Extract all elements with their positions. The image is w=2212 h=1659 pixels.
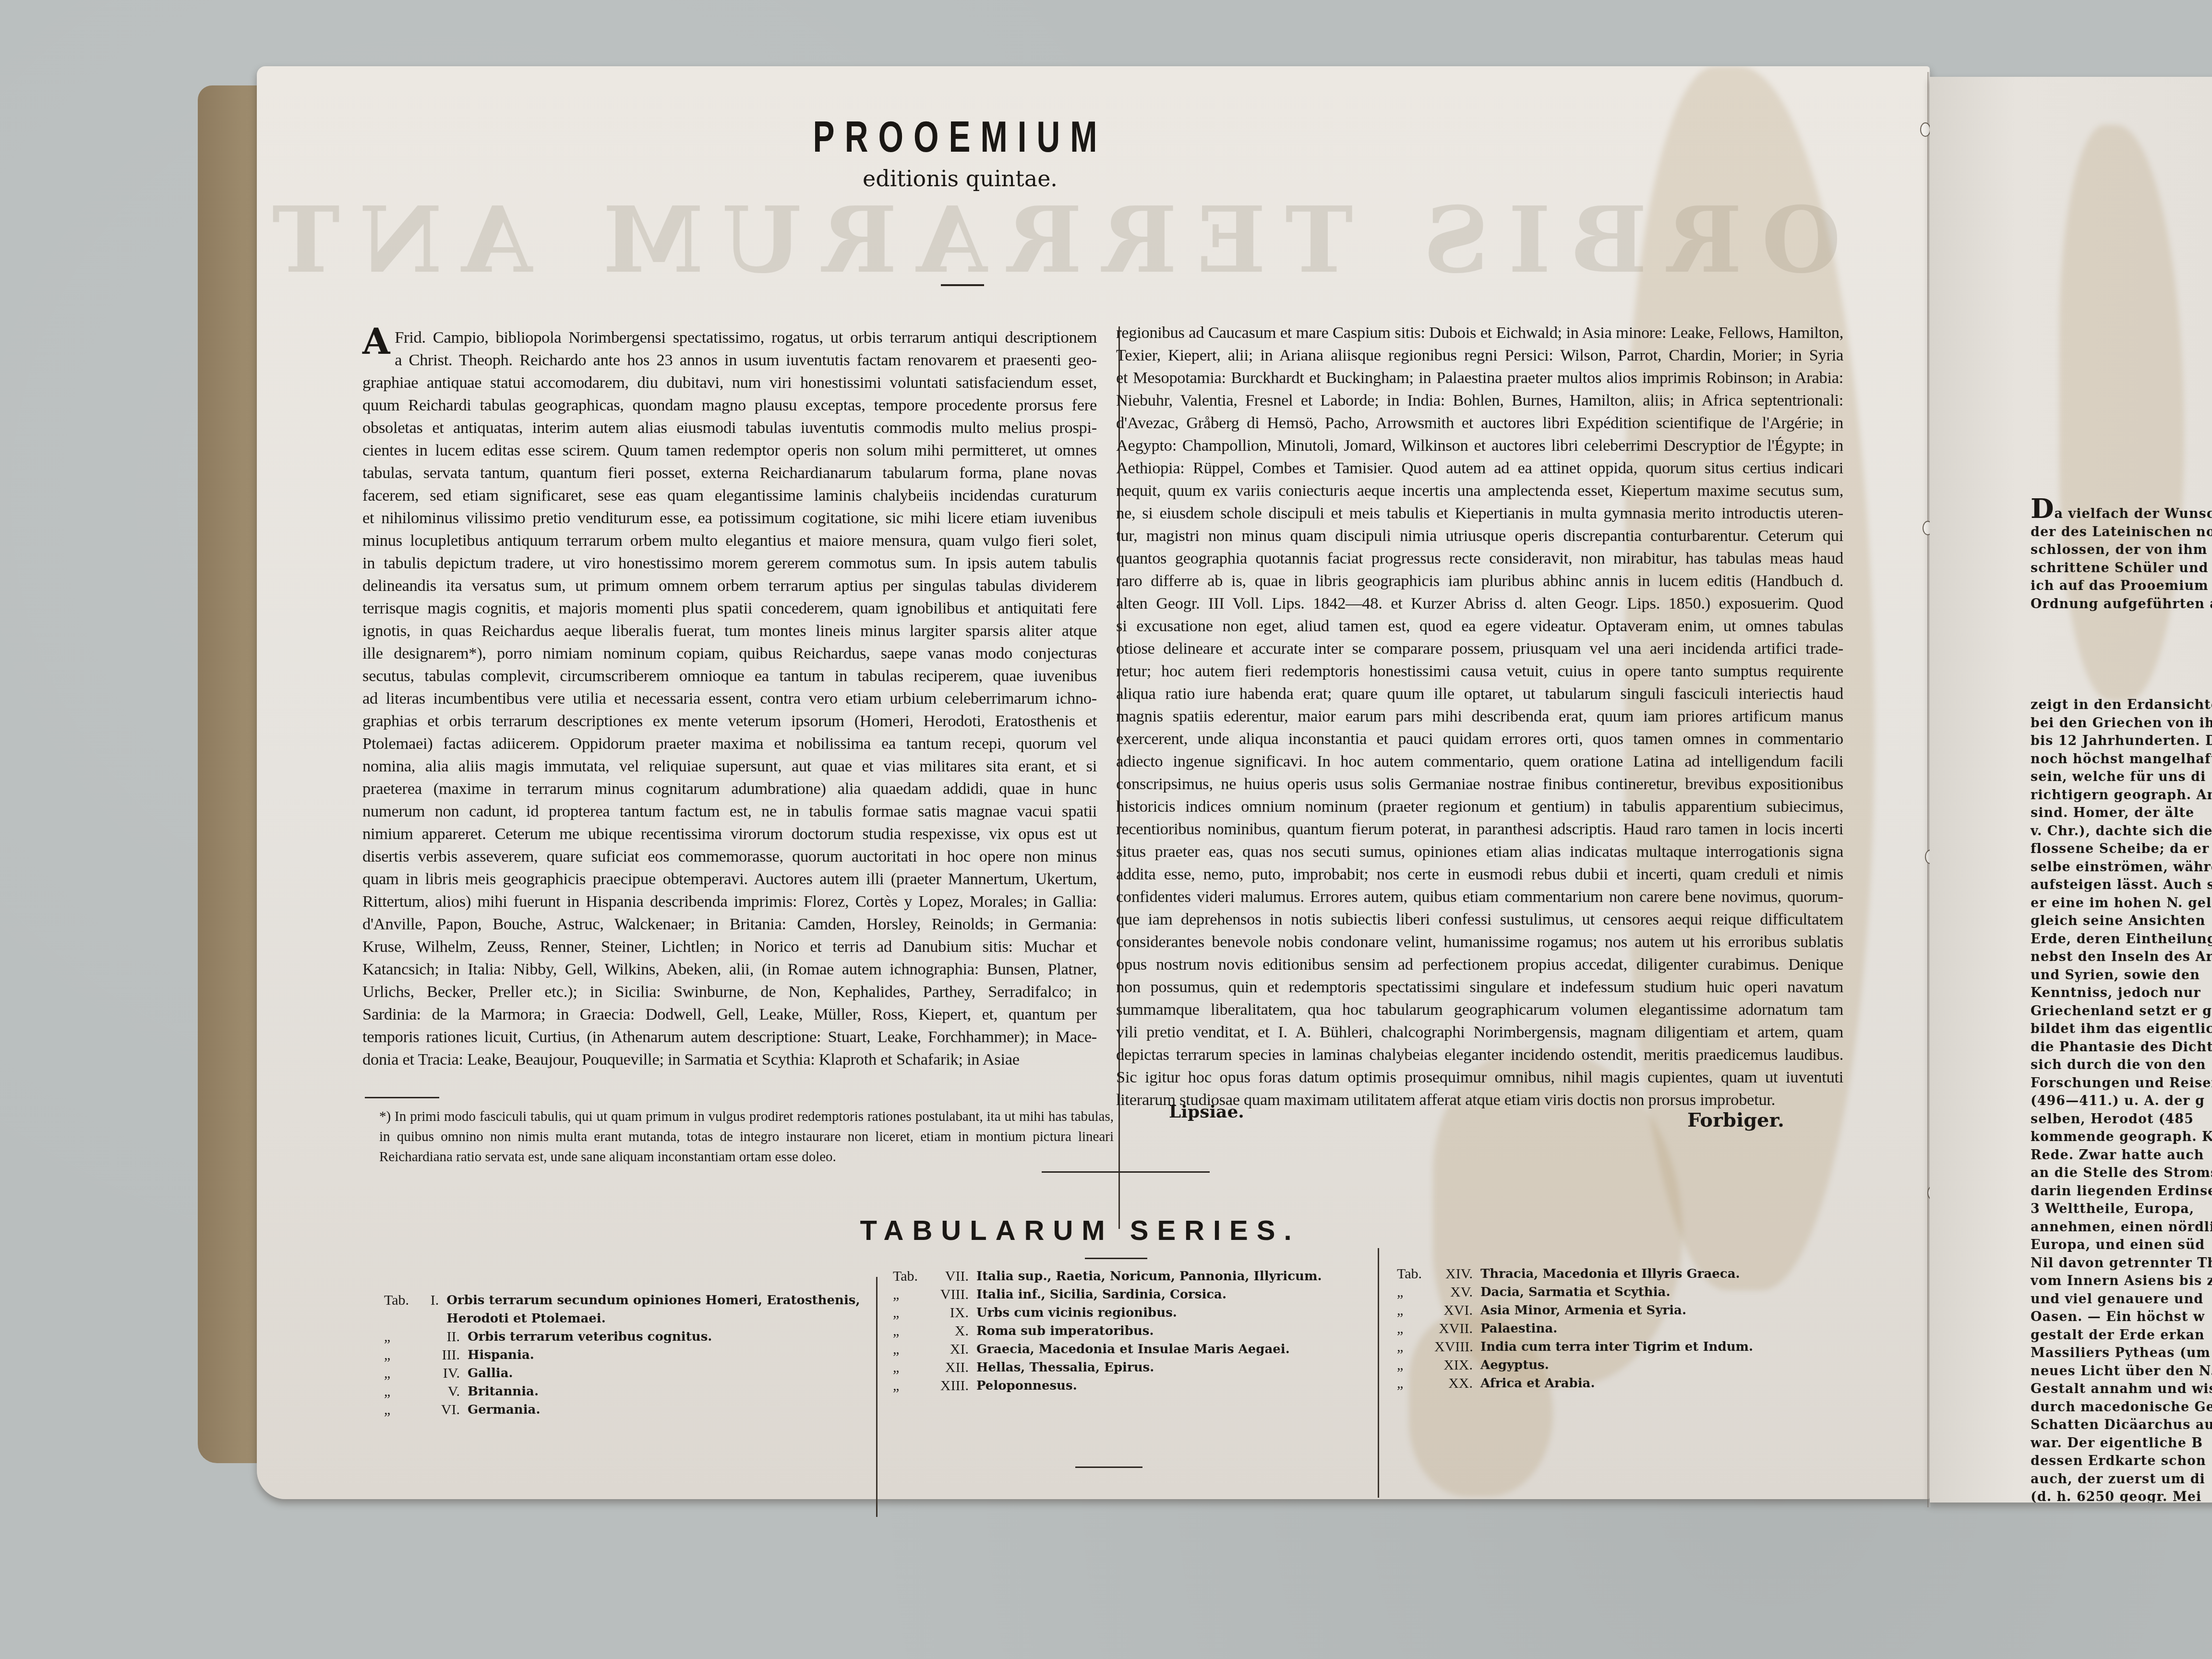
text-line: Rede. Zwar hatte auch [2031, 1146, 2212, 1165]
text-line: Niebuhr, Valentia, Fresnel et Laborde; i… [1116, 389, 1843, 412]
text-line: aufsteigen lässt. Auch s [2031, 876, 2212, 894]
series-desc: Dacia, Sarmatia et Scythia. [1480, 1283, 1671, 1301]
text-line-content: neues Licht über den N. [2031, 1364, 2212, 1379]
text-line: sein, welche für uns di [2031, 768, 2212, 786]
text-line-content: Erde, deren Eintheilung i [2031, 932, 2212, 947]
text-line: bis 12 Jahrhunderten. D [2031, 732, 2212, 750]
series-end-rule [1075, 1467, 1142, 1468]
text-line: et Mesopotamia: Burckhardt et Buckingham… [1116, 367, 1843, 389]
series-num: II. [421, 1328, 468, 1346]
text-line: nebst den Inseln des Arc [2031, 948, 2212, 966]
series-prefix: „ [384, 1382, 421, 1401]
right-text-column: regionibus ad Caucasum et mare Caspium s… [1116, 322, 1843, 1111]
text-line-content: Forschungen und Reisen [2031, 1076, 2212, 1091]
text-line: ne, si eiusdem schole discipuli et meis … [1116, 502, 1843, 525]
text-line-content: nebst den Inseln des Arc [2031, 950, 2212, 964]
series-desc: Graecia, Macedonia et Insulae Maris Aega… [976, 1340, 1290, 1358]
text-line-content: an die Stelle des Stroms [2031, 1166, 2212, 1180]
text-line: situs praeter eas, quas nos secuti sumus… [1116, 841, 1843, 863]
german-intro-text: Da vielfach der Wunscder des Lateinische… [2031, 499, 2212, 613]
text-line: Nil davon getrennter Th [2031, 1254, 2212, 1273]
series-desc: Gallia. [468, 1364, 513, 1382]
series-prefix: „ [384, 1401, 421, 1419]
series-entry: „V.Britannia. [384, 1382, 864, 1401]
series-num: XV. [1434, 1283, 1480, 1301]
series-num: XX. [1434, 1374, 1480, 1393]
series-entry: „XIX.Aegyptus. [1397, 1356, 1829, 1374]
text-line: quum Reichardi tabulas geographicas, quo… [362, 394, 1097, 417]
text-line: considerantes benevole nobis condonare v… [1116, 931, 1843, 953]
text-line: que iam deprehensos in notis subiectis l… [1116, 908, 1843, 931]
text-line: selben, Herodot (485 [2031, 1110, 2212, 1129]
text-line-content: Kenntniss, jedoch nur [2031, 986, 2201, 1000]
text-line: graphias et orbis terrarum descriptiones… [362, 710, 1097, 733]
text-line: Sardinia: de la Marmora; in Graecia: Dod… [362, 1003, 1097, 1026]
text-line: Kenntniss, jedoch nur [2031, 984, 2212, 1002]
text-line: sind. Homer, der älte [2031, 804, 2212, 822]
series-prefix: „ [1397, 1338, 1434, 1356]
text-line: nequit, quum ex variis coniecturis aeque… [1116, 480, 1843, 502]
series-prefix: „ [1397, 1320, 1434, 1338]
text-line: opus nostrum novis editionibus sensim ad… [1116, 953, 1843, 976]
text-line-content: Schatten Dicäarchus aus [2031, 1418, 2212, 1432]
series-num: VII. [930, 1267, 976, 1286]
text-line: Oasen. — Ein höchst w [2031, 1308, 2212, 1326]
text-line: terrisque magis cognitis, et majoris mom… [362, 597, 1097, 620]
text-line-content: (d. h. 6250 geogr. Mei [2031, 1490, 2201, 1503]
text-line-content: Nil davon getrennter Th [2031, 1256, 2212, 1271]
text-line: annehmen, einen nördlic [2031, 1218, 2212, 1237]
series-entry: „XIII.Peloponnesus. [893, 1377, 1373, 1395]
text-line: exercerent, unde aliqua inconstantia et … [1116, 728, 1843, 750]
text-line-content: er eine im hohen N. gel [2031, 896, 2212, 911]
text-line: Ordnung aufgeführten alte [2031, 595, 2212, 613]
text-line: gestalt der Erde erkan [2031, 1326, 2212, 1345]
text-line: Aethiopia: Rüppel, Combes et Tamisier. Q… [1116, 457, 1843, 480]
text-line-content: kommende geograph. Ke [2031, 1130, 2212, 1144]
text-line: historicis indices omnium nominum (praet… [1116, 795, 1843, 818]
text-line-content: a vielfach der Wunsc [2055, 506, 2212, 521]
text-line: ich auf das Prooemium z [2031, 577, 2212, 595]
left-text-column: A Frid. Campio, bibliopola Norimbergensi… [362, 326, 1097, 1071]
text-line: er eine im hohen N. gel [2031, 894, 2212, 913]
series-num: XVIII. [1434, 1338, 1480, 1356]
text-line: Da vielfach der Wunsc [2031, 499, 2212, 523]
text-line-content: richtigern geograph. Ansc [2031, 788, 2212, 803]
text-line-content: vom Innern Asiens bis z [2031, 1274, 2212, 1288]
text-line-content: Europa, und einen süd [2031, 1238, 2205, 1252]
series-prefix: „ [893, 1286, 930, 1304]
title-rule [941, 284, 984, 286]
text-line: facerem, sed etiam significaret, sese ea… [362, 484, 1097, 507]
text-line: regionibus ad Caucasum et mare Caspium s… [1116, 322, 1843, 344]
text-line-content: sein, welche für uns di [2031, 769, 2206, 784]
text-line: addita esse, nemo, puto, improbabit; nos… [1116, 863, 1843, 886]
text-line-content: schlossen, der von ihm v [2031, 542, 2212, 557]
series-prefix: „ [384, 1364, 421, 1382]
text-line-content: gleich seine Ansichten [2031, 914, 2205, 928]
series-prefix: „ [1397, 1283, 1434, 1301]
series-column-2: Tab.VII.Italia sup., Raetia, Noricum, Pa… [893, 1267, 1373, 1395]
left-column-lines: Frid. Campio, bibliopola Norimbergensi s… [362, 326, 1097, 1071]
text-line-content: bei den Griechen von ihr [2031, 716, 2212, 731]
text-line: obsoletas et antiquatas, interim autem a… [362, 417, 1097, 439]
text-line: quam in libris meis geographicis praecip… [362, 868, 1097, 890]
text-line-content: war. Der eigentliche B [2031, 1436, 2203, 1451]
text-line: schlossen, der von ihm v [2031, 541, 2212, 559]
series-desc: India cum terra inter Tigrim et Indum. [1480, 1338, 1753, 1356]
text-line-content: durch macedonische Ge [2031, 1400, 2212, 1415]
text-line-content: und Syrien, sowie den [2031, 968, 2200, 983]
text-line: und Syrien, sowie den [2031, 966, 2212, 985]
right-page: Da vielfach der Wunscder des Lateinische… [1930, 77, 2212, 1503]
text-line: ille designarem*), porro nimiam nominum … [362, 642, 1097, 665]
text-line: darin liegenden Erdinsel [2031, 1182, 2212, 1201]
series-num: XVI. [1434, 1301, 1480, 1320]
series-entry: „XX.Africa et Arabia. [1397, 1374, 1829, 1393]
drop-cap: A [362, 327, 390, 356]
text-line: retur; hoc autem fieri redemptoris hones… [1116, 660, 1843, 683]
text-line: die Phantasie des Dichter [2031, 1038, 2212, 1057]
series-desc: Urbs cum vicinis regionibus. [976, 1304, 1177, 1322]
text-line: si excusatione non eget, aliud tamen est… [1116, 615, 1843, 637]
text-line: vom Innern Asiens bis z [2031, 1272, 2212, 1290]
series-prefix: „ [893, 1358, 930, 1377]
series-desc: Orbis terrarum secundum opiniones Homeri… [446, 1291, 864, 1328]
text-line: alten Geogr. III Voll. Lips. 1842—48. et… [1116, 592, 1843, 615]
text-line: und viel genauere und [2031, 1290, 2212, 1309]
text-line: donia et Tracia: Leake, Beaujour, Pouque… [362, 1048, 1097, 1071]
text-line: schrittene Schüler und de [2031, 559, 2212, 577]
text-line: bei den Griechen von ihr [2031, 714, 2212, 733]
series-entry: „XI.Graecia, Macedonia et Insulae Maris … [893, 1340, 1373, 1358]
text-line-content: flossene Scheibe; da er j [2031, 842, 2212, 856]
series-desc: Italia inf., Sicilia, Sardinia, Corsica. [976, 1286, 1226, 1304]
right-column-lines: regionibus ad Caucasum et mare Caspium s… [1116, 322, 1843, 1111]
page-subtitle: editionis quintae. [672, 166, 1248, 192]
page-title: PROOEMIUM [744, 113, 1176, 162]
drop-cap: D [2031, 493, 2055, 525]
text-line-content: noch höchst mangelhaft u [2031, 752, 2212, 767]
text-line: nomina, alia aliis magis immutata, vel r… [362, 755, 1097, 778]
series-entry: „XVI.Asia Minor, Armenia et Syria. [1397, 1301, 1829, 1320]
text-line-content: annehmen, einen nördlic [2031, 1220, 2212, 1235]
series-desc: Thracia, Macedonia et Illyris Graeca. [1480, 1265, 1740, 1283]
series-prefix: „ [893, 1377, 930, 1395]
text-line-content: zeigt in den Erdansichten [2031, 697, 2212, 712]
text-line: minus locupletibus antiquum terrarum orb… [362, 529, 1097, 552]
series-divider [876, 1277, 878, 1517]
text-line: confidentes videri malumus. Errores aute… [1116, 886, 1843, 908]
text-line: Kruse, Wilhelm, Zeuss, Renner, Steiner, … [362, 936, 1097, 958]
text-line: aliqua ratio iure habenda erat; quare qu… [1116, 683, 1843, 705]
text-line-content: Griechenland setzt er g [2031, 1004, 2212, 1019]
series-desc: Orbis terrarum veteribus cognitus. [468, 1328, 712, 1346]
text-line: kommende geograph. Ke [2031, 1128, 2212, 1146]
water-stain [2059, 125, 2184, 701]
series-entry: Tab.VII.Italia sup., Raetia, Noricum, Pa… [893, 1267, 1373, 1286]
text-line: dessen Erdkarte schon [2031, 1452, 2212, 1470]
text-line-content: selbe einströmen, währen [2031, 860, 2212, 875]
text-line: der des Lateinischen noch [2031, 523, 2212, 541]
text-line-content: Massiliers Pytheas (um 3 [2031, 1346, 2212, 1360]
series-prefix: Tab. [893, 1267, 930, 1286]
series-num: XI. [930, 1340, 976, 1358]
text-line: richtigern geograph. Ansc [2031, 786, 2212, 805]
text-line: vili pretio venditat, et I. A. Bühleri, … [1116, 1021, 1843, 1044]
text-line-content: Gestalt annahm und wiss [2031, 1382, 2212, 1396]
text-line: (496—411.) u. A. der g [2031, 1092, 2212, 1110]
text-line-content: sind. Homer, der älte [2031, 805, 2194, 820]
series-prefix: Tab. [384, 1291, 411, 1328]
series-divider [1378, 1248, 1379, 1498]
series-rule-top [1042, 1171, 1210, 1173]
text-line: cientes in lucem editas esse scirem. Quu… [362, 439, 1097, 462]
text-line-content: der des Lateinischen noch [2031, 525, 2212, 540]
text-line: war. Der eigentliche B [2031, 1434, 2212, 1453]
series-entry: „XVIII.India cum terra inter Tigrim et I… [1397, 1338, 1829, 1356]
text-line-content: sich durch die von den [2031, 1058, 2206, 1072]
series-num: XIX. [1434, 1356, 1480, 1374]
text-line-content: dessen Erdkarte schon [2031, 1454, 2206, 1468]
binding-hole [1920, 122, 1931, 137]
show-through-text: ORBIS TERRARUM ANTIQUUS [353, 186, 1841, 293]
text-line: ad literas incumbentibus vere utilia et … [362, 687, 1097, 710]
series-num: III. [421, 1346, 468, 1364]
text-line: summamque liberalitatem, qua hoc tabular… [1116, 998, 1843, 1021]
series-num: IX. [930, 1304, 976, 1322]
series-entry: „XVII.Palaestina. [1397, 1320, 1829, 1338]
place-signature: Lipsiae. [1169, 1102, 1244, 1122]
text-line: Griechenland setzt er g [2031, 1002, 2212, 1021]
text-line: non possumus, quin et redemptoris specta… [1116, 976, 1843, 998]
text-line: temporis rationes licuit, Curtius, (in A… [362, 1026, 1097, 1048]
text-line: otiose delineare et accurate inter se co… [1116, 637, 1843, 660]
text-line-content: gestalt der Erde erkan [2031, 1328, 2205, 1343]
series-desc: Italia sup., Raetia, Noricum, Pannonia, … [976, 1267, 1322, 1286]
text-line: Schatten Dicäarchus aus [2031, 1416, 2212, 1434]
text-line-content: aufsteigen lässt. Auch s [2031, 878, 2212, 892]
series-num: XVII. [1434, 1320, 1480, 1338]
series-title: TABULARUM SERIES. [816, 1214, 1344, 1247]
text-line-content: Oasen. — Ein höchst w [2031, 1310, 2205, 1324]
text-line: tur, magistri non minus quam discipuli n… [1116, 525, 1843, 547]
series-prefix: „ [893, 1340, 930, 1358]
series-prefix: „ [1397, 1356, 1434, 1374]
text-line: delineandis ita versatus sum, ut primum … [362, 575, 1097, 597]
text-line: 3 Welttheile, Europa, [2031, 1200, 2212, 1218]
series-entry: Tab.I.Orbis terrarum secundum opiniones … [384, 1291, 864, 1328]
series-entry: „VI.Germania. [384, 1401, 864, 1419]
series-prefix: „ [384, 1346, 421, 1364]
text-line: sich durch die von den [2031, 1056, 2212, 1074]
text-line-content: schrittene Schüler und de [2031, 561, 2212, 576]
text-line: selbe einströmen, währen [2031, 858, 2212, 877]
series-desc: Hellas, Thessalia, Epirus. [976, 1358, 1154, 1377]
footnote-rule [365, 1097, 439, 1098]
text-line: noch höchst mangelhaft u [2031, 750, 2212, 769]
text-line: a Christ. Theoph. Reichardo ante hos 23 … [395, 349, 1097, 372]
text-line: in tabulis depictum tradere, ut viro hon… [362, 552, 1097, 575]
text-line: Aegypto: Champollion, Minutoli, Jomard, … [1116, 434, 1843, 457]
author-signature: Forbiger. [1687, 1109, 1784, 1131]
text-line: et nihilominus vilissimo pretio venditur… [362, 507, 1097, 529]
text-line: neues Licht über den N. [2031, 1362, 2212, 1381]
series-desc: Asia Minor, Armenia et Syria. [1480, 1301, 1686, 1320]
text-line-content: bis 12 Jahrhunderten. D [2031, 733, 2212, 748]
series-desc: Peloponnesus. [976, 1377, 1077, 1395]
text-line-content: und viel genauere und [2031, 1292, 2203, 1307]
text-line: praeterea (maxime in terrarum minus cogn… [362, 778, 1097, 800]
series-num: XIV. [1434, 1265, 1480, 1283]
series-num: VIII. [930, 1286, 976, 1304]
german-body-text: zeigt in den Erdansichtenbei den Grieche… [2031, 696, 2212, 1503]
series-entry: „IV.Gallia. [384, 1364, 864, 1382]
text-line: d'Avezac, Gråberg di Hemsö, Pacho, Arrow… [1116, 412, 1843, 434]
series-entry: „XII.Hellas, Thessalia, Epirus. [893, 1358, 1373, 1377]
series-column-1: Tab.I.Orbis terrarum secundum opiniones … [384, 1291, 864, 1419]
series-num: IV. [421, 1364, 468, 1382]
text-line: recentioribus nominibus, quantum fierum … [1116, 818, 1843, 841]
text-line: Katancsich; in Italia: Nibby, Gell, Wilk… [362, 958, 1097, 981]
text-line: tabulas, servata tantum, quantum fieri p… [362, 462, 1097, 484]
text-line: raro differre ab is, quae in libris geog… [1116, 570, 1843, 592]
series-num: VI. [421, 1401, 468, 1419]
text-line: gleich seine Ansichten [2031, 912, 2212, 930]
series-column-3: Tab.XIV.Thracia, Macedonia et Illyris Gr… [1397, 1265, 1829, 1393]
text-line-content: ich auf das Prooemium z [2031, 578, 2212, 593]
text-line: adiecto ingenue significavi. In hoc aute… [1116, 750, 1843, 773]
text-line: Rittertum, alios) mihi fuerunt in Hispan… [362, 890, 1097, 913]
text-line: Urlichs, Becker, Preller etc.); in Sicil… [362, 981, 1097, 1003]
series-desc: Roma sub imperatoribus. [976, 1322, 1154, 1340]
text-line-content: v. Chr.), dachte sich die [2031, 824, 2212, 839]
text-line-content: auch, der zuerst um di [2031, 1472, 2205, 1487]
series-num: V. [421, 1382, 468, 1401]
series-entry: „X.Roma sub imperatoribus. [893, 1322, 1373, 1340]
series-prefix: „ [893, 1304, 930, 1322]
series-num: XIII. [930, 1377, 976, 1395]
text-line: v. Chr.), dachte sich die [2031, 822, 2212, 841]
text-line-content: Ordnung aufgeführten alte [2031, 597, 2212, 612]
text-line: depictas terrarum species in laminas cha… [1116, 1044, 1843, 1066]
series-num: I. [411, 1291, 446, 1328]
text-line-content: bildet ihm das eigentlic [2031, 1022, 2212, 1036]
text-line: flossene Scheibe; da er j [2031, 840, 2212, 858]
series-desc: Britannia. [468, 1382, 539, 1401]
series-entry: „III.Hispania. [384, 1346, 864, 1364]
text-line: bildet ihm das eigentlic [2031, 1020, 2212, 1038]
series-entry: „II.Orbis terrarum veteribus cognitus. [384, 1328, 864, 1346]
text-line: Sic igitur hoc opus foras datum optimis … [1116, 1066, 1843, 1089]
series-desc: Africa et Arabia. [1480, 1374, 1595, 1393]
series-rule-bottom [1085, 1258, 1147, 1259]
text-line: (d. h. 6250 geogr. Mei [2031, 1488, 2212, 1503]
text-line: d'Anville, Papon, Bouche, Astruc, Walcke… [362, 913, 1097, 936]
series-num: X. [930, 1322, 976, 1340]
series-prefix: Tab. [1397, 1265, 1434, 1283]
text-line: numerum non cadunt, id propterea tantum … [362, 800, 1097, 823]
text-line-content: die Phantasie des Dichter [2031, 1040, 2212, 1055]
text-line: Texier, Kiepert, alii; in Ariana aliisqu… [1116, 344, 1843, 367]
text-line: Massiliers Pytheas (um 3 [2031, 1344, 2212, 1362]
text-line: Ptolemaei) factas adiicerem. Oppidorum p… [362, 733, 1097, 755]
text-line: conscripsimus, ne huius operis usus soli… [1116, 773, 1843, 795]
series-entry: Tab.XIV.Thracia, Macedonia et Illyris Gr… [1397, 1265, 1829, 1283]
series-prefix: „ [893, 1322, 930, 1340]
series-entry: „IX.Urbs cum vicinis regionibus. [893, 1304, 1373, 1322]
text-line: Frid. Campio, bibliopola Norimbergensi s… [395, 326, 1097, 349]
footnote: *) In primi modo fasciculi tabulis, qui … [379, 1106, 1114, 1167]
series-desc: Aegyptus. [1480, 1356, 1549, 1374]
series-desc: Hispania. [468, 1346, 534, 1364]
text-line: durch macedonische Ge [2031, 1398, 2212, 1417]
text-line: Europa, und einen süd [2031, 1236, 2212, 1254]
text-line-content: Rede. Zwar hatte auch [2031, 1148, 2204, 1163]
series-prefix: „ [1397, 1374, 1434, 1393]
text-line: Erde, deren Eintheilung i [2031, 930, 2212, 949]
text-line: graphiae antiquae statui accomodarem, di… [362, 372, 1097, 394]
text-line-content: (496—411.) u. A. der g [2031, 1094, 2205, 1108]
text-line: disertis verbis asseverem, quare suficia… [362, 845, 1097, 868]
text-line: an die Stelle des Stroms [2031, 1164, 2212, 1182]
text-line: secutus, tabulas complevit, circumscribe… [362, 665, 1097, 687]
text-line: auch, der zuerst um di [2031, 1470, 2212, 1489]
series-entry: „XV.Dacia, Sarmatia et Scythia. [1397, 1283, 1829, 1301]
text-line-content: 3 Welttheile, Europa, [2031, 1202, 2194, 1216]
text-line-content: darin liegenden Erdinsel [2031, 1184, 2212, 1199]
series-num: XII. [930, 1358, 976, 1377]
series-prefix: „ [384, 1328, 421, 1346]
text-line: zeigt in den Erdansichten [2031, 696, 2212, 714]
text-line: Gestalt annahm und wiss [2031, 1380, 2212, 1398]
text-line: nimium appareret. Ceterum me ubique rece… [362, 823, 1097, 845]
series-entry: „VIII.Italia inf., Sicilia, Sardinia, Co… [893, 1286, 1373, 1304]
text-line: ignotis, in quas Reichardus aeque libera… [362, 620, 1097, 642]
series-prefix: „ [1397, 1301, 1434, 1320]
text-line: Forschungen und Reisen [2031, 1074, 2212, 1093]
text-line: magnis spatiis ederentur, maior earum pa… [1116, 705, 1843, 728]
series-desc: Germania. [468, 1401, 540, 1419]
text-line-content: selben, Herodot (485 [2031, 1112, 2194, 1127]
text-line: quantos geographia quotannis faciat prog… [1116, 547, 1843, 570]
series-desc: Palaestina. [1480, 1320, 1557, 1338]
